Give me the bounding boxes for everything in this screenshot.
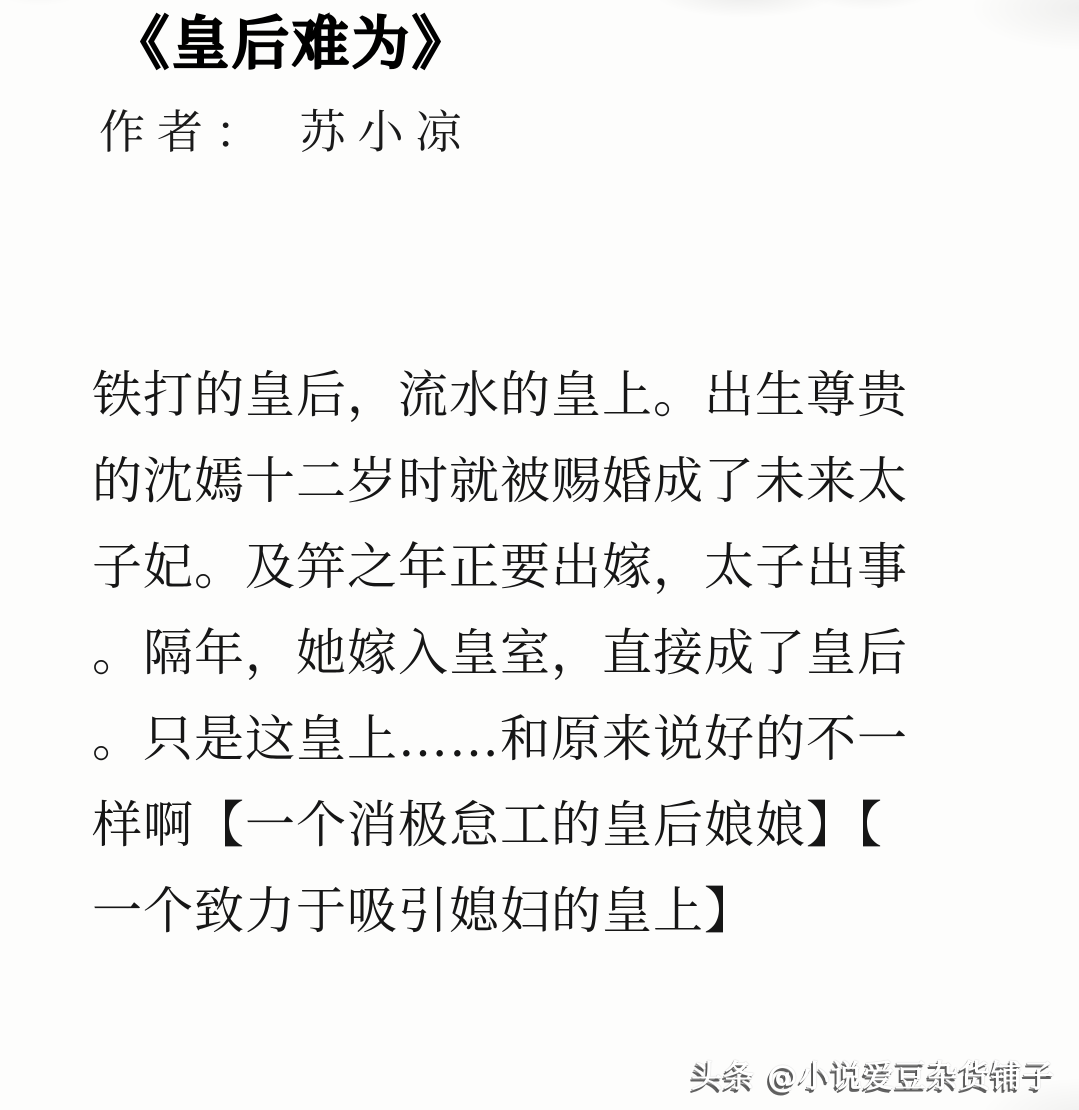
synopsis-line-3: 子妃。及笄之年正要出嫁，太子出事: [92, 524, 912, 610]
watermark-text: 头条 @小说爱豆杂货铺子: [691, 1059, 1055, 1095]
synopsis-paragraph: 铁打的皇后，流水的皇上。出生尊贵 的沈嫣十二岁时就被赐婚成了未来太 子妃。及笄之…: [92, 352, 912, 954]
book-title: 《皇后难为》: [112, 10, 472, 78]
synopsis-line-6: 样啊【一个消极怠工的皇后娘娘】【: [92, 782, 912, 868]
synopsis-line-4: 。隔年，她嫁入皇室，直接成了皇后: [92, 610, 912, 696]
synopsis-line-2: 的沈嫣十二岁时就被赐婚成了未来太: [92, 438, 912, 524]
synopsis-line-5: 。只是这皇上……和原来说好的不一: [92, 696, 912, 782]
novel-intro-page: 《皇后难为》 作者： 苏小凉 铁打的皇后，流水的皇上。出生尊贵 的沈嫣十二岁时就…: [0, 0, 1079, 1110]
watermark: 头条 @小说爱豆杂货铺子: [691, 1051, 1055, 1096]
synopsis-line-7: 一个致力于吸引媳妇的皇上】: [92, 868, 912, 954]
synopsis-line-1: 铁打的皇后，流水的皇上。出生尊贵: [92, 352, 912, 438]
author-line: 作者： 苏小凉: [99, 104, 474, 160]
